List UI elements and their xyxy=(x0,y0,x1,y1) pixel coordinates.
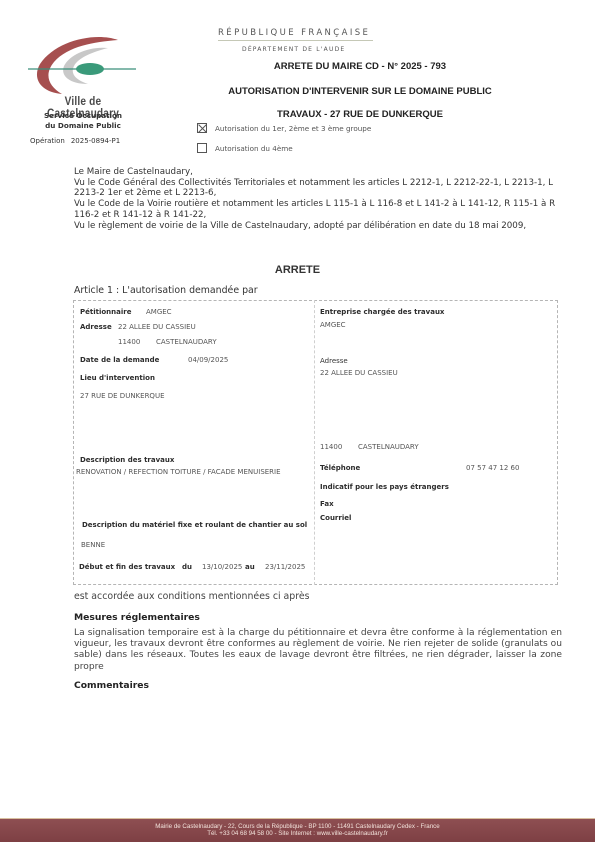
courriel-label: Courriel xyxy=(320,514,351,522)
arrete-subject: AUTORISATION D'INTERVENIR SUR LE DOMAINE… xyxy=(160,86,560,97)
adresse-city: CASTELNAUDARY xyxy=(156,338,217,346)
petitionnaire-value: AMGEC xyxy=(146,308,172,316)
entreprise-adresse-line1: 22 ALLEE DU CASSIEU xyxy=(320,369,398,377)
entreprise-label: Entreprise chargée des travaux xyxy=(320,308,444,316)
mesures-title: Mesures réglementaires xyxy=(74,612,200,623)
date-demande-label: Date de la demande xyxy=(80,356,159,364)
materiel-value: BENNE xyxy=(81,541,105,549)
service-name: Service Occupation du Domaine Public xyxy=(20,111,146,130)
works-location-title: TRAVAUX - 27 RUE DE DUNKERQUE xyxy=(160,109,560,120)
du-label: du xyxy=(182,563,192,571)
city-logo-icon xyxy=(26,34,138,96)
lieu-value: 27 RUE DE DUNKERQUE xyxy=(80,392,165,400)
debut-fin-label: Début et fin des travaux xyxy=(79,563,175,571)
arrete-number: ARRETE DU MAIRE CD - N° 2025 - 793 xyxy=(160,61,560,72)
description-label: Description des travaux xyxy=(80,456,174,464)
departement: DÉPARTEMENT DE L'AUDE xyxy=(242,46,345,53)
petitionnaire-label: Pétitionnaire xyxy=(80,308,131,316)
adresse-label: Adresse xyxy=(80,323,112,331)
date-demande-value: 04/09/2025 xyxy=(188,356,228,364)
indicatif-label: Indicatif pour les pays étrangers xyxy=(320,483,449,491)
footer: Mairie de Castelnaudary - 22, Cours de l… xyxy=(0,818,595,842)
arrete-heading: ARRETE xyxy=(0,264,595,276)
entreprise-adresse-label: Adresse xyxy=(320,357,348,365)
checkbox-group-4[interactable]: Autorisation du 4ème xyxy=(197,143,293,153)
accordee-text: est accordée aux conditions mentionnées … xyxy=(74,591,310,602)
commentaires-title: Commentaires xyxy=(74,680,149,691)
operation-number: Opération2025-0894-P1 xyxy=(30,137,140,145)
entreprise-postcode: 11400 xyxy=(320,443,342,451)
lieu-label: Lieu d'intervention xyxy=(80,374,155,382)
telephone-label: Téléphone xyxy=(320,464,360,472)
request-details-box xyxy=(73,300,558,585)
preamble: Le Maire de Castelnaudary, Vu le Code Gé… xyxy=(74,167,570,231)
mesures-text: La signalisation temporaire est à la cha… xyxy=(74,628,562,673)
checkbox-groups-1-3[interactable]: Autorisation du 1er, 2ème et 3 ème group… xyxy=(197,123,371,133)
adresse-line1: 22 ALLEE DU CASSIEU xyxy=(118,323,196,331)
fax-label: Fax xyxy=(320,500,334,508)
column-divider xyxy=(314,300,315,585)
entreprise-city: CASTELNAUDARY xyxy=(358,443,419,451)
checkbox-empty-icon[interactable] xyxy=(197,143,207,153)
article-1: Article 1 : L'autorisation demandée par xyxy=(74,285,258,296)
date-debut: 13/10/2025 xyxy=(202,563,242,571)
date-fin: 23/11/2025 xyxy=(265,563,305,571)
description-value: RENOVATION / REFECTION TOITURE / FACADE … xyxy=(76,468,281,476)
adresse-postcode: 11400 xyxy=(118,338,140,346)
footer-address: Mairie de Castelnaudary - 22, Cours de l… xyxy=(0,823,595,830)
checkbox-checked-icon[interactable] xyxy=(197,123,207,133)
telephone-value: 07 57 47 12 60 xyxy=(466,464,519,472)
republique-francaise: RÉPUBLIQUE FRANÇAISE xyxy=(218,28,370,38)
au-label: au xyxy=(245,563,255,571)
header-divider xyxy=(218,40,373,41)
entreprise-value: AMGEC xyxy=(320,321,346,329)
footer-contact: Tél. +33 04 68 94 58 00 - Site Internet … xyxy=(0,830,595,837)
materiel-label: Description du matériel fixe et roulant … xyxy=(82,521,307,529)
